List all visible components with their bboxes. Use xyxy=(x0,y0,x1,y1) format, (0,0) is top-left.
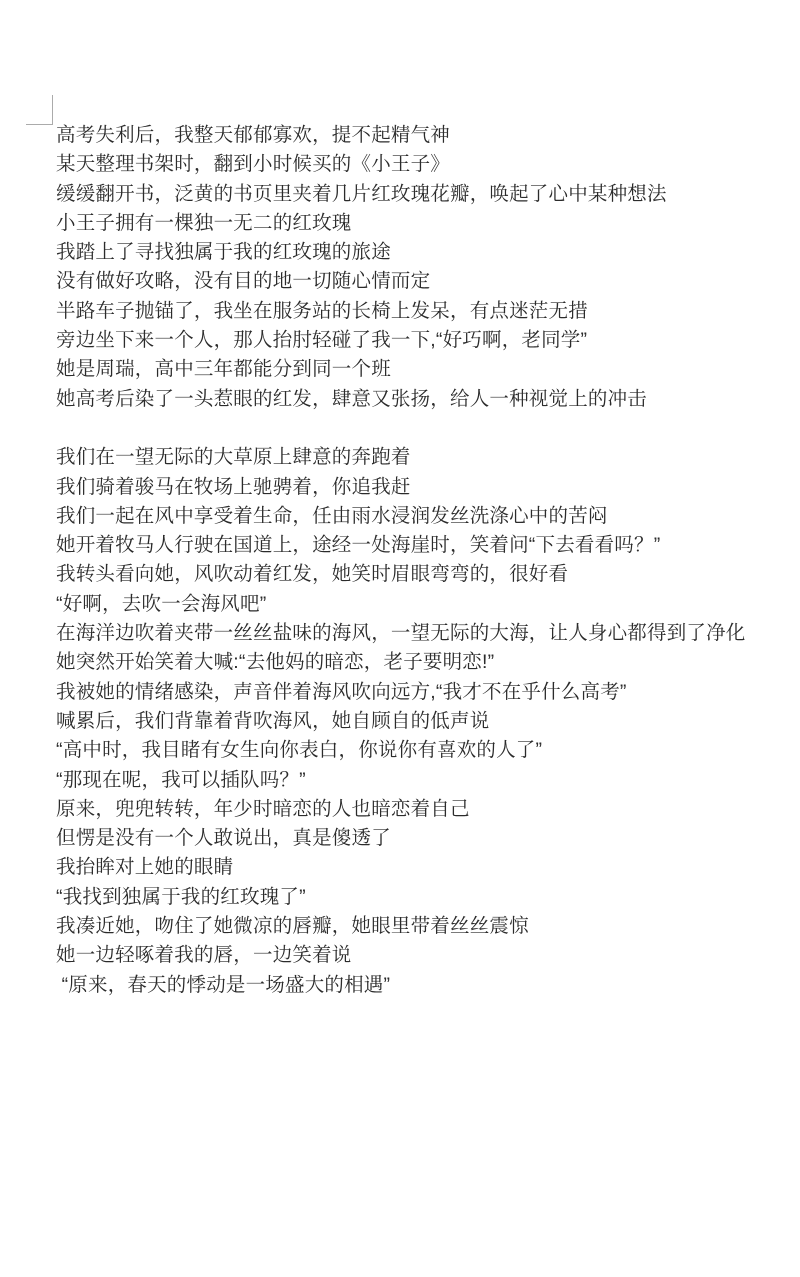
text-line: 她高考后染了一头惹眼的红发，肆意又张扬，给人一种视觉上的冲击 xyxy=(56,385,786,414)
text-line: 我凑近她，吻住了她微凉的唇瓣，她眼里带着丝丝震惊 xyxy=(56,912,786,941)
text-line: 旁边坐下来一个人，那人抬肘轻碰了我一下,“好巧啊，老同学” xyxy=(56,326,786,355)
text-line: 小王子拥有一棵独一无二的红玫瑰 xyxy=(56,209,786,238)
text-line: 喊累后，我们背靠着背吹海风，她自顾自的低声说 xyxy=(56,707,786,736)
text-line: 我抬眸对上她的眼睛 xyxy=(56,853,786,882)
crop-mark-horizontal-line xyxy=(26,124,53,125)
text-line: 我们骑着骏马在牧场上驰骋着，你追我赶 xyxy=(56,473,786,502)
paragraph-1: 高考失利后，我整天郁郁寡欢，提不起精气神 某天整理书架时，翻到小时候买的《小王子… xyxy=(56,121,786,414)
text-line: 没有做好攻略，没有目的地一切随心情而定 xyxy=(56,267,786,296)
text-line: “我找到独属于我的红玫瑰了” xyxy=(56,883,786,912)
text-line: 我踏上了寻找独属于我的红玫瑰的旅途 xyxy=(56,238,786,267)
text-line: 她是周瑞，高中三年都能分到同一个班 xyxy=(56,355,786,384)
text-line: 原来，兜兜转转，年少时暗恋的人也暗恋着自己 xyxy=(56,795,786,824)
text-line: “那现在呢，我可以插队吗？” xyxy=(56,766,786,795)
document-page: 高考失利后，我整天郁郁寡欢，提不起精气神 某天整理书架时，翻到小时候买的《小王子… xyxy=(0,0,800,1277)
text-line: 高考失利后，我整天郁郁寡欢，提不起精气神 xyxy=(56,121,786,150)
text-line: “原来，春天的悸动是一场盛大的相遇” xyxy=(56,971,786,1000)
text-line: 我们在一望无际的大草原上肆意的奔跑着 xyxy=(56,443,786,472)
paragraph-2: 我们在一望无际的大草原上肆意的奔跑着 我们骑着骏马在牧场上驰骋着，你追我赶 我们… xyxy=(56,443,786,1000)
text-line: “好啊，去吹一会海风吧” xyxy=(56,590,786,619)
text-line: “高中时，我目睹有女生向你表白，你说你有喜欢的人了” xyxy=(56,736,786,765)
text-line: 缓缓翻开书，泛黄的书页里夹着几片红玫瑰花瓣，唤起了心中某种想法 xyxy=(56,180,786,209)
text-line: 她一边轻啄着我的唇，一边笑着说 xyxy=(56,941,786,970)
text-line: 我被她的情绪感染，声音伴着海风吹向远方,“我才不在乎什么高考” xyxy=(56,678,786,707)
crop-mark-vertical-line xyxy=(52,95,53,125)
text-line: 某天整理书架时，翻到小时候买的《小王子》 xyxy=(56,150,786,179)
text-line: 但愣是没有一个人敢说出，真是傻透了 xyxy=(56,824,786,853)
text-line: 她开着牧马人行驶在国道上，途经一处海崖时，笑着问“下去看看吗？” xyxy=(56,531,786,560)
text-line: 在海洋边吹着夹带一丝丝盐味的海风，一望无际的大海，让人身心都得到了净化 xyxy=(56,619,786,648)
text-line: 我们一起在风中享受着生命，任由雨水浸润发丝洗涤心中的苦闷 xyxy=(56,502,786,531)
text-line: 她突然开始笑着大喊:“去他妈的暗恋，老子要明恋!” xyxy=(56,648,786,677)
document-text-block: 高考失利后，我整天郁郁寡欢，提不起精气神 某天整理书架时，翻到小时候买的《小王子… xyxy=(56,121,786,1000)
text-line: 我转头看向她，风吹动着红发，她笑时眉眼弯弯的，很好看 xyxy=(56,560,786,589)
text-line: 半路车子抛锚了，我坐在服务站的长椅上发呆，有点迷茫无措 xyxy=(56,297,786,326)
